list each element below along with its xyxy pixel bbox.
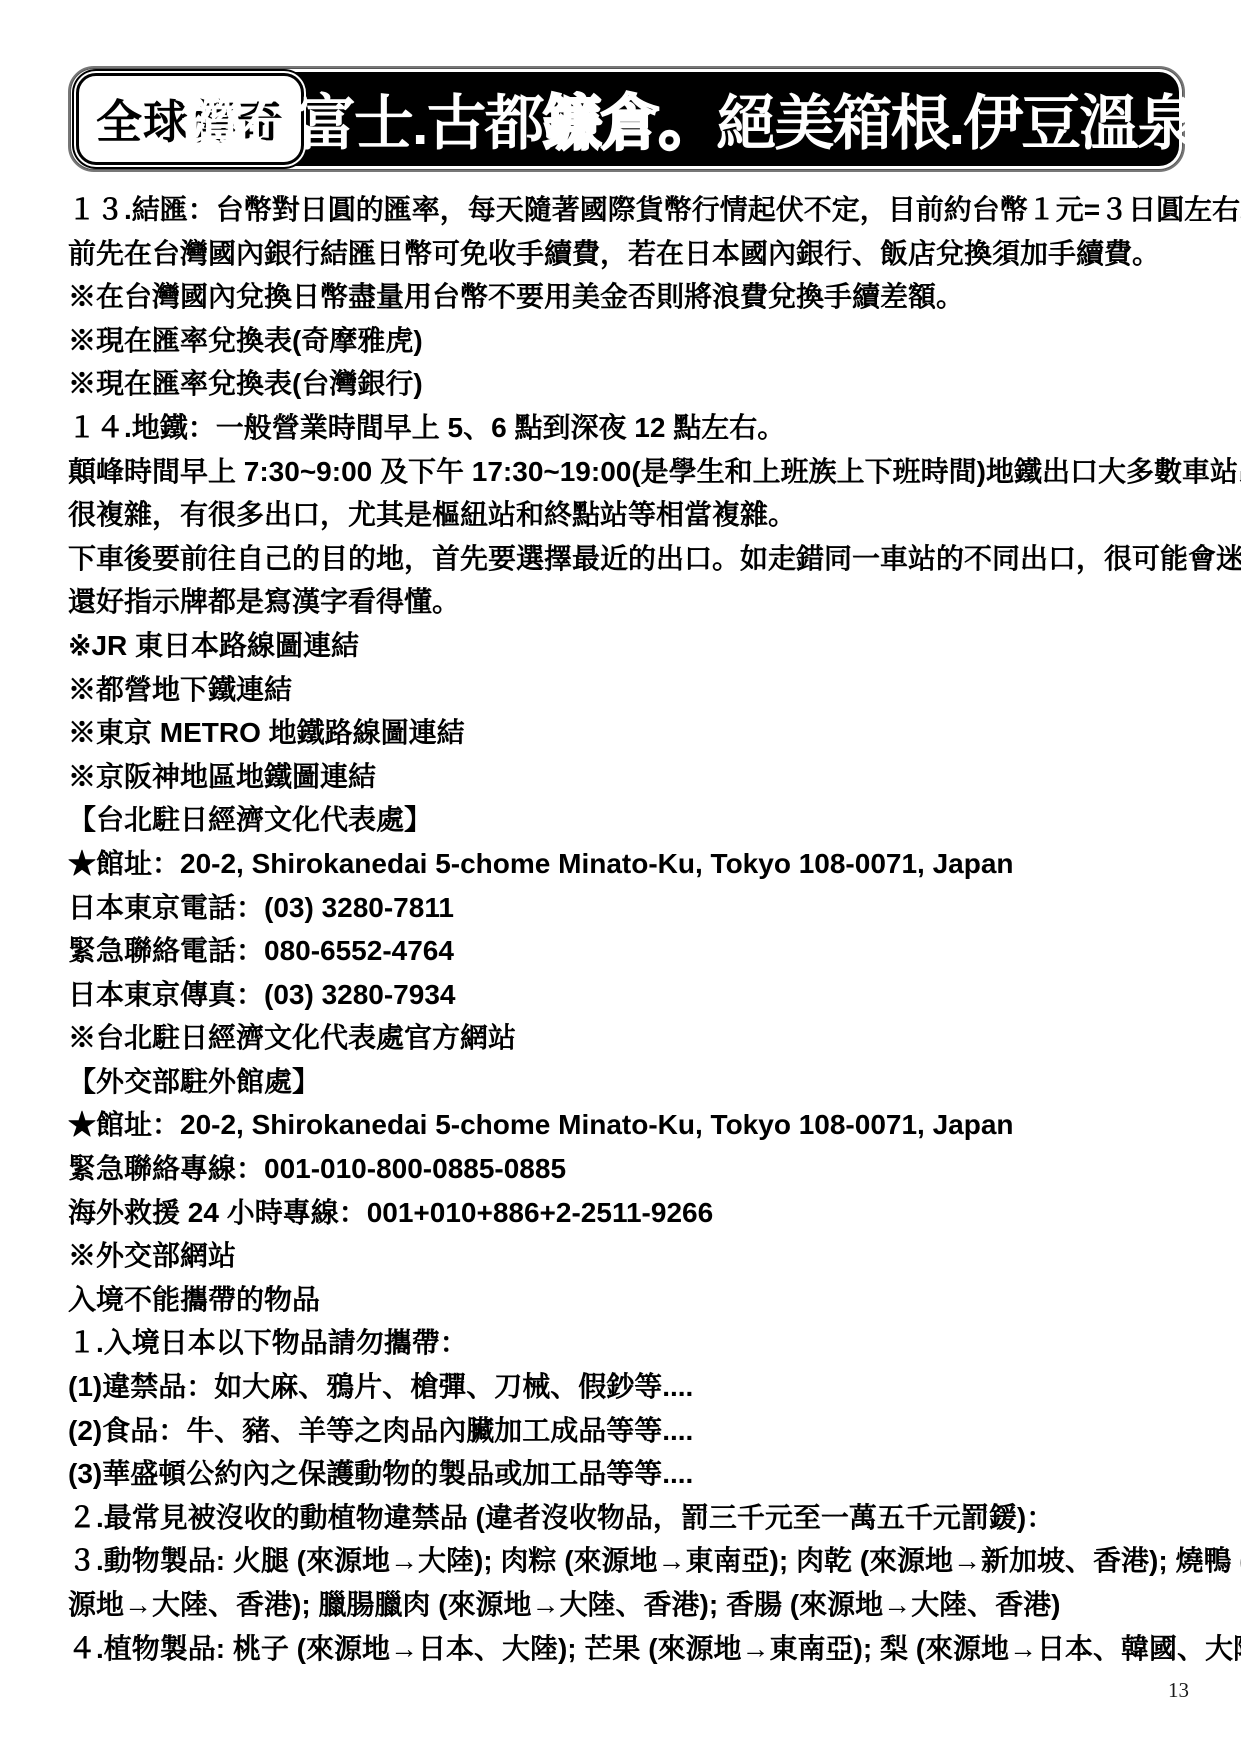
tour-title-segment-1: 鑽石富士.古都 — [180, 76, 543, 162]
tour-title-segment-2: 絕美箱根.伊豆溫泉五日 — [717, 76, 1241, 162]
text-line-link-jr-east: ※JR 東日本路線圖連結 — [68, 624, 1183, 668]
text-line-exchange-note: ※在台灣國內兌換日幣盡量用台幣不要用美金否則將浪費兌換手續差額。 — [68, 275, 1183, 319]
text-line-prohibited-food: (2)食品：牛、豬、羊等之肉品內臟加工成品等等.... — [68, 1409, 1183, 1453]
text-line-prohibited-1: １.入境日本以下物品請勿攜帶： — [68, 1321, 1183, 1365]
text-line-metro-5: 還好指示牌都是寫漢字看得懂。 — [68, 580, 1183, 624]
text-line-teco-website: ※台北駐日經濟文化代表處官方網站 — [68, 1016, 1183, 1060]
document-page: 全球傳奇 鑽石富士.古都 鐮倉。 絕美箱根.伊豆溫泉五日 １３.結匯：台幣對日圓… — [0, 0, 1241, 1755]
text-line-prohibited-contraband: (1)違禁品：如大麻、鴉片、槍彈、刀械、假鈔等.... — [68, 1365, 1183, 1409]
tour-title-segment-outlined: 鐮倉。 — [543, 76, 717, 162]
text-line-plant-products: ４.植物製品: 桃子 (來源地→日本、大陸); 芒果 (來源地→東南亞); 梨 … — [68, 1627, 1183, 1671]
text-line-link-tokyo-metro: ※東京 METRO 地鐵路線圖連結 — [68, 711, 1183, 755]
text-line-metro-2: 顛峰時間早上 7:30~9:00 及下午 17:30~19:00(是學生和上班族… — [68, 450, 1183, 494]
page-number: 13 — [1168, 1678, 1189, 1703]
header-banner: 全球傳奇 鑽石富士.古都 鐮倉。 絕美箱根.伊豆溫泉五日 — [68, 66, 1185, 172]
text-line-mofa-website: ※外交部網站 — [68, 1234, 1183, 1278]
text-line-mofa-address: ★館址：20-2, Shirokanedai 5-chome Minato-Ku… — [68, 1103, 1183, 1147]
text-line-mofa-rescue-hotline: 海外救援 24 小時專線：001+010+886+2-2511-9266 — [68, 1191, 1183, 1235]
text-line-rate-table-bank: ※現在匯率兌換表(台灣銀行) — [68, 362, 1183, 406]
text-line-mofa-heading: 【外交部駐外館處】 — [68, 1060, 1183, 1104]
text-line-teco-address: ★館址：20-2, Shirokanedai 5-chome Minato-Ku… — [68, 842, 1183, 886]
text-line-exchange-2: 前先在台灣國內銀行結匯日幣可免收手續費，若在日本國內銀行、飯店兌換須加手續費。 — [68, 232, 1183, 276]
text-line-mofa-hotline: 緊急聯絡專線：001-010-800-0885-0885 — [68, 1147, 1183, 1191]
text-line-teco-fax: 日本東京傳真：(03) 3280-7934 — [68, 973, 1183, 1017]
text-line-exchange-1: １３.結匯：台幣對日圓的匯率，每天隨著國際貨幣行情起伏不定，目前約台幣１元=３日… — [68, 188, 1183, 232]
text-line-teco-emergency-phone: 緊急聯絡電話：080-6552-4764 — [68, 929, 1183, 973]
text-line-metro-4: 下車後要前往自己的目的地，首先要選擇最近的出口。如走錯同一車站的不同出口，很可能… — [68, 537, 1183, 581]
text-line-animal-products-1: ３.動物製品: 火腿 (來源地→大陸); 肉粽 (來源地→東南亞); 肉乾 (來… — [68, 1539, 1183, 1583]
text-line-teco-phone: 日本東京電話：(03) 3280-7811 — [68, 886, 1183, 930]
text-line-link-toei-subway: ※都營地下鐵連結 — [68, 668, 1183, 712]
text-line-prohibited-heading: 入境不能攜帶的物品 — [68, 1278, 1183, 1322]
text-line-teco-heading: 【台北駐日經濟文化代表處】 — [68, 798, 1183, 842]
text-line-prohibited-cites: (3)華盛頓公約內之保護動物的製品或加工品等等.... — [68, 1452, 1183, 1496]
text-line-rate-table-yahoo: ※現在匯率兌換表(奇摩雅虎) — [68, 319, 1183, 363]
tour-title: 鑽石富士.古都 鐮倉。 絕美箱根.伊豆溫泉五日 — [322, 68, 1169, 170]
text-line-metro-1: １４.地鐵：一般營業時間早上 5、6 點到深夜 12 點左右。 — [68, 406, 1183, 450]
text-line-metro-3: 很複雜，有很多出口，尤其是樞紐站和終點站等相當複雜。 — [68, 493, 1183, 537]
text-line-link-keihanshin: ※京阪神地區地鐵圖連結 — [68, 755, 1183, 799]
text-line-confiscated-heading: ２.最常見被沒收的動植物違禁品 (違者沒收物品，罰三千元至一萬五千元罰鍰)： — [68, 1496, 1183, 1540]
text-line-animal-products-2: 源地→大陸、香港); 臘腸臘肉 (來源地→大陸、香港); 香腸 (來源地→大陸、… — [68, 1583, 1183, 1627]
document-body: １３.結匯：台幣對日圓的匯率，每天隨著國際貨幣行情起伏不定，目前約台幣１元=３日… — [68, 188, 1183, 1670]
